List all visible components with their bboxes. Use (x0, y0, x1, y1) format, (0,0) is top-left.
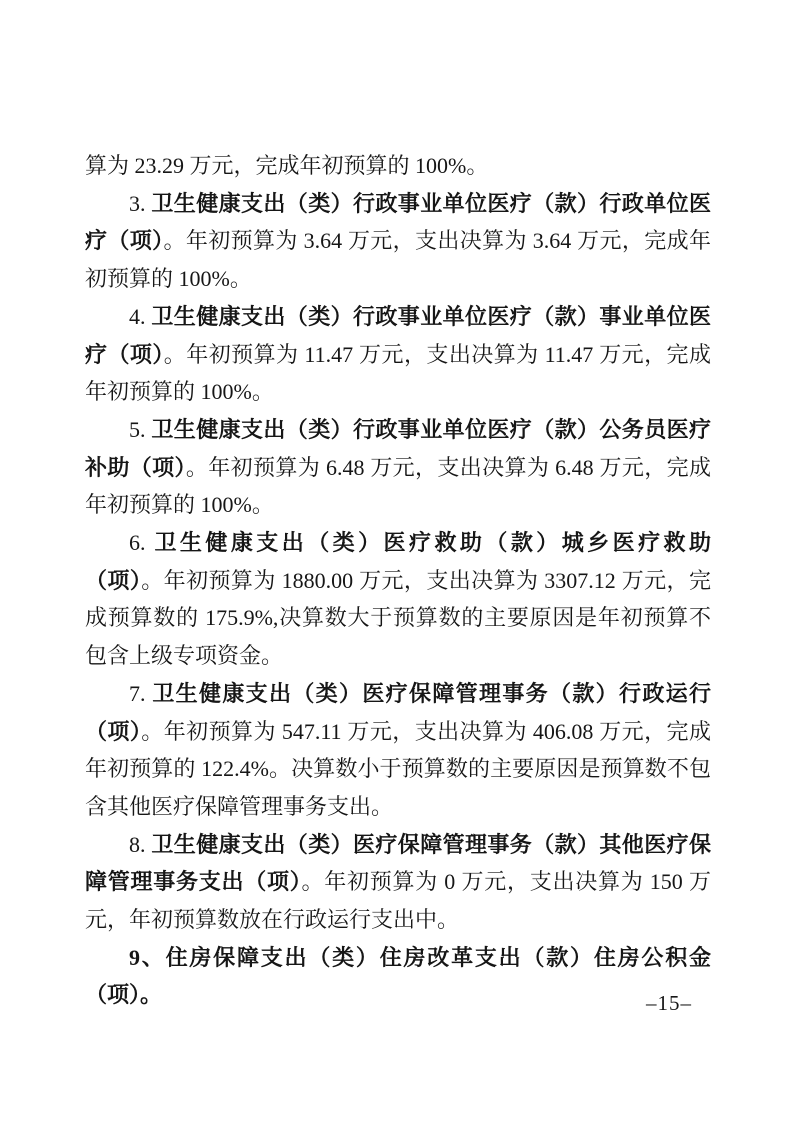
expense-item-heading: 9、住房保障支出（类）住房改革支出（款）住房公积金（项）。 (85, 945, 711, 1008)
paragraph: 5. 卫生健康支出（类）行政事业单位医疗（款）公务员医疗补助（项）。年初预算为 … (85, 411, 711, 524)
body-text: 8. (129, 832, 151, 857)
document-page: 算为 23.29 万元，完成年初预算的 100%。3. 卫生健康支出（类）行政事… (0, 0, 793, 1122)
body-text: 算为 23.29 万元，完成年初预算的 100%。 (85, 153, 488, 178)
paragraph: 4. 卫生健康支出（类）行政事业单位医疗（款）事业单位医疗（项）。年初预算为 1… (85, 298, 711, 411)
body-text: 4. (129, 304, 151, 329)
page-number: –15– (646, 991, 692, 1015)
paragraph: 8. 卫生健康支出（类）医疗保障管理事务（款）其他医疗保障管理事务支出（项）。年… (85, 826, 711, 939)
document-body: 算为 23.29 万元，完成年初预算的 100%。3. 卫生健康支出（类）行政事… (85, 147, 711, 1014)
paragraph: 6. 卫生健康支出（类）医疗救助（款）城乡医疗救助（项）。年初预算为 1880.… (85, 524, 711, 675)
body-text: 。年初预算为 11.47 万元，支出决算为 11.47 万元，完成年初预算的 1… (85, 342, 711, 405)
body-text: 。年初预算为 547.11 万元，支出决算为 406.08 万元，完成年初预算的… (85, 719, 711, 819)
body-text: 7. (129, 681, 152, 706)
paragraph: 9、住房保障支出（类）住房改革支出（款）住房公积金（项）。 (85, 939, 711, 1014)
body-text: 。年初预算为 1880.00 万元，支出决算为 3307.12 万元，完成预算数… (85, 568, 711, 668)
paragraph: 算为 23.29 万元，完成年初预算的 100%。 (85, 147, 711, 185)
body-text: 6. (129, 530, 154, 555)
paragraph: 7. 卫生健康支出（类）医疗保障管理事务（款）行政运行（项）。年初预算为 547… (85, 675, 711, 826)
body-text: 3. (129, 191, 151, 216)
paragraph: 3. 卫生健康支出（类）行政事业单位医疗（款）行政单位医疗（项）。年初预算为 3… (85, 185, 711, 298)
body-text: 5. (129, 417, 151, 442)
body-text: 。年初预算为 3.64 万元，支出决算为 3.64 万元，完成年初预算的 100… (85, 228, 711, 291)
